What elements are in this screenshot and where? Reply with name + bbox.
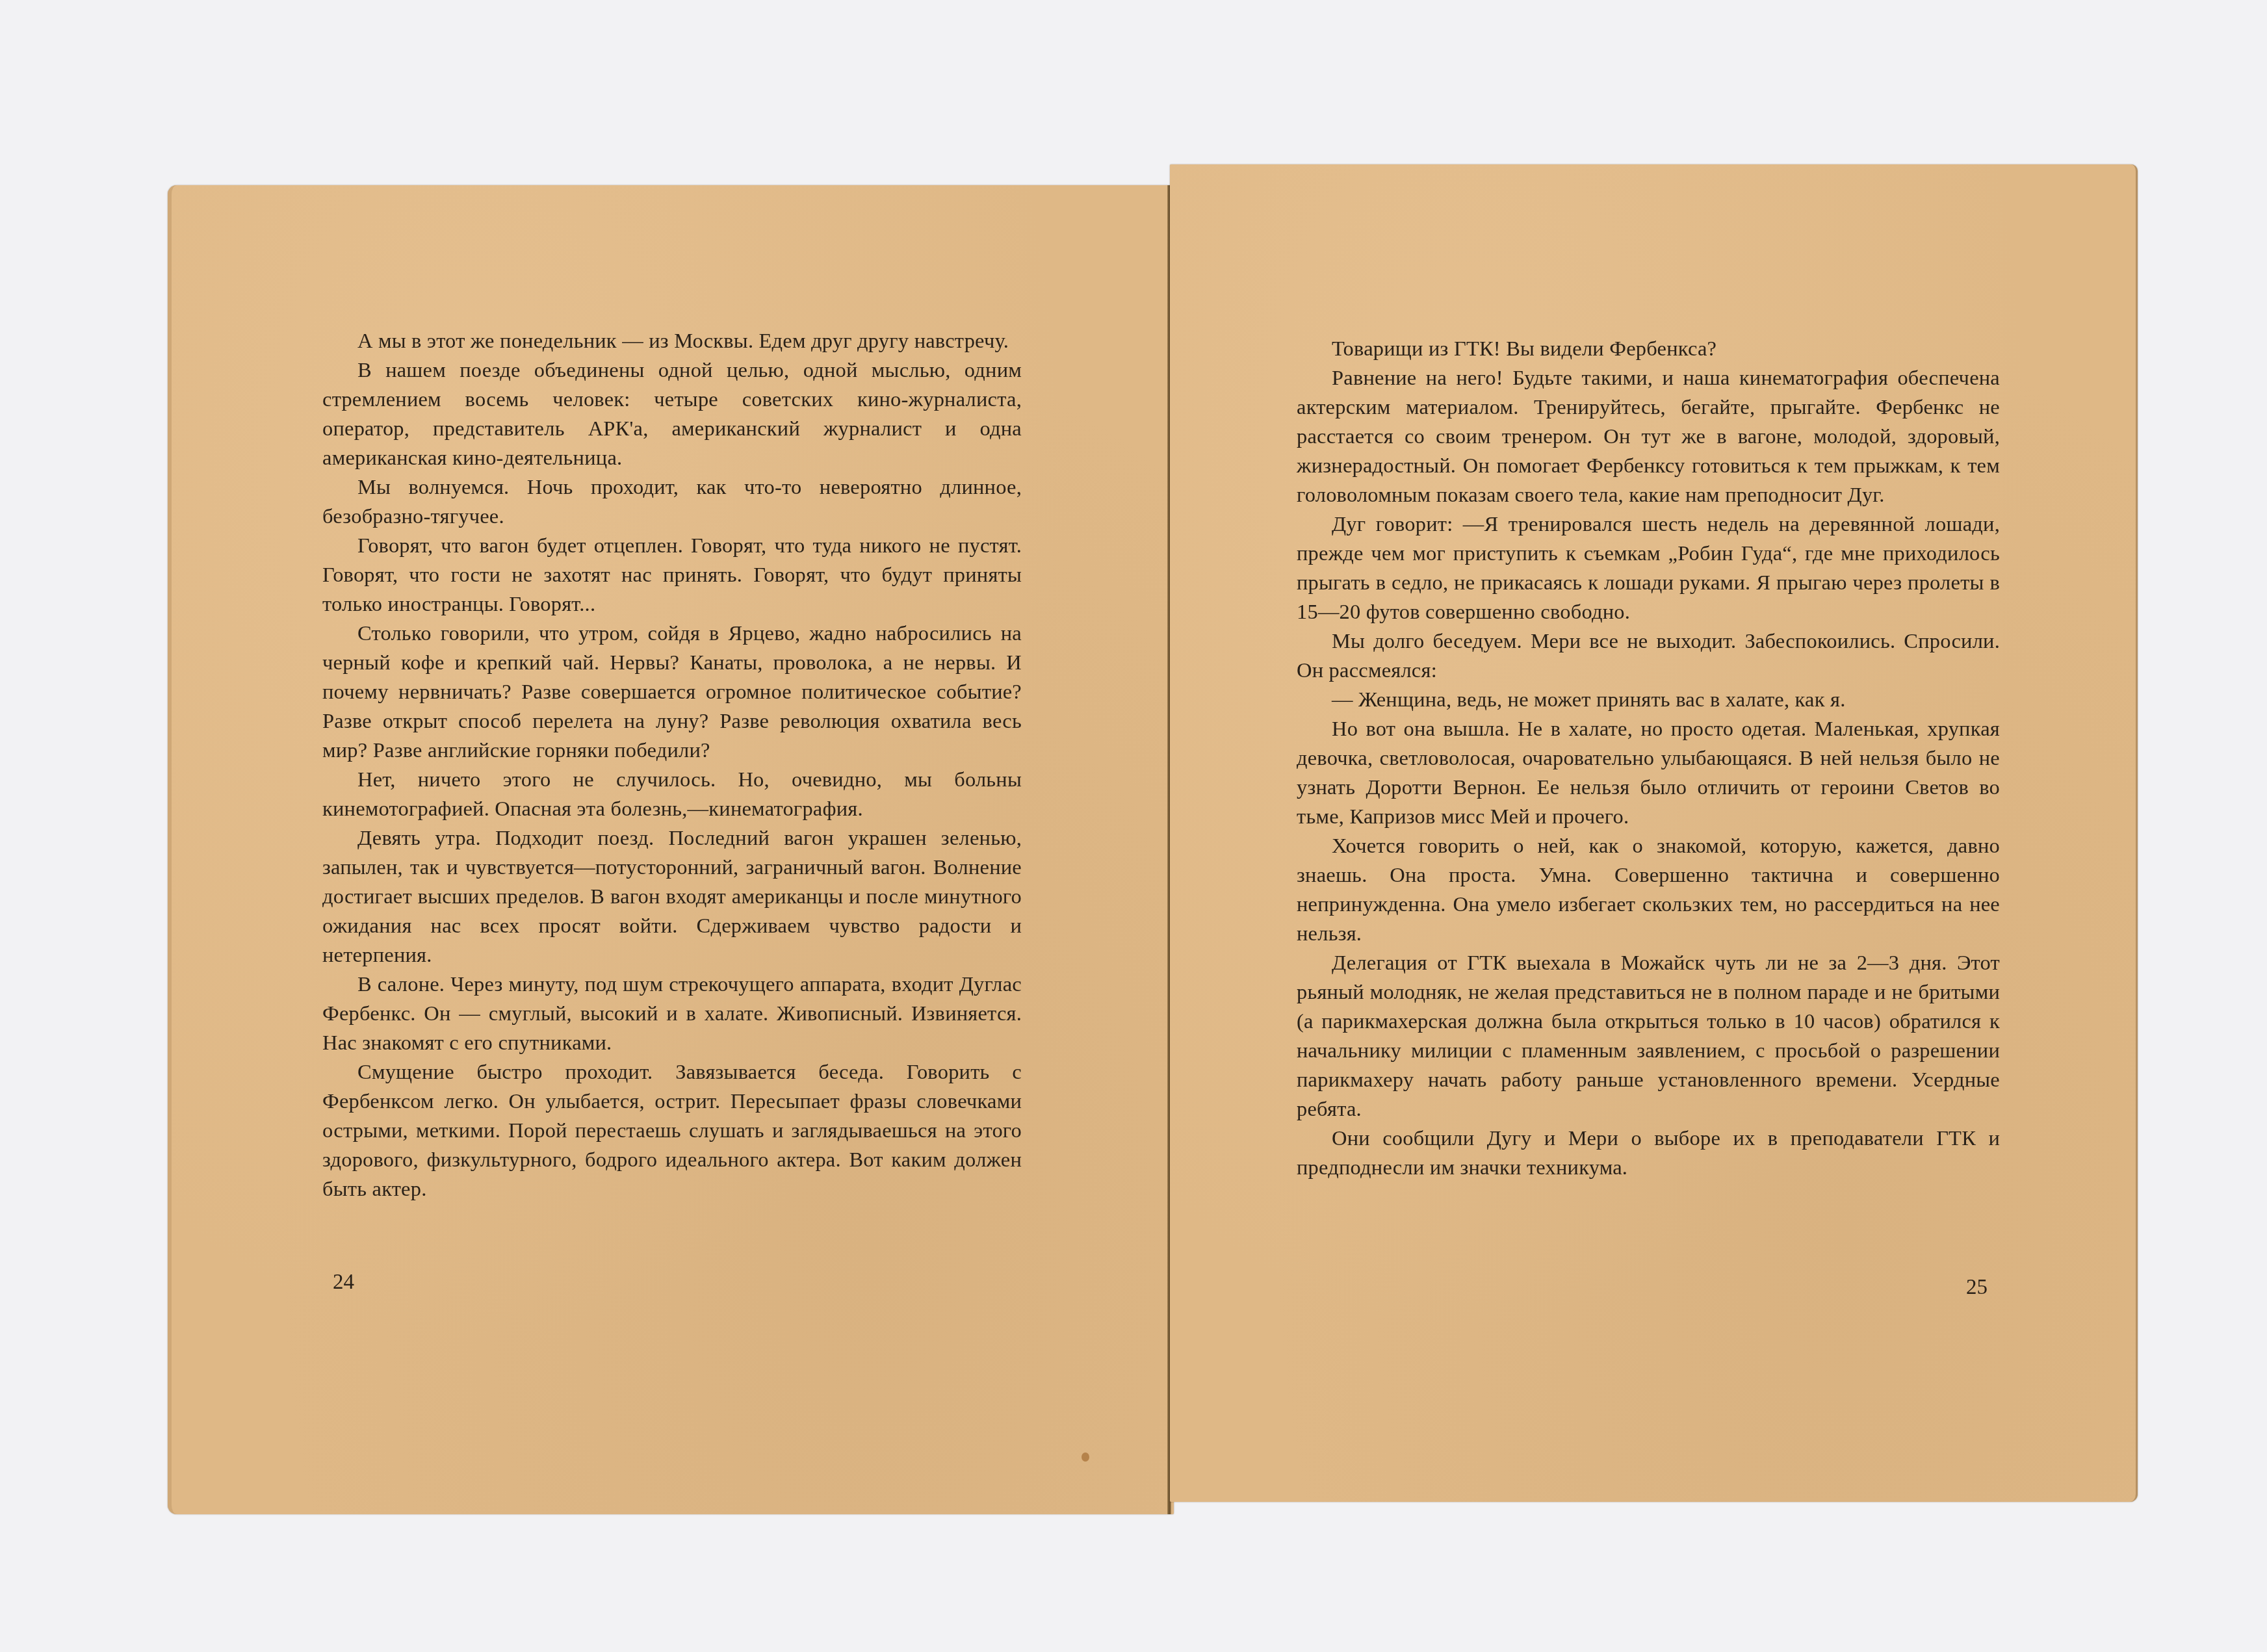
paragraph: Говорят, что вагон будет отцеплен. Говор…: [322, 532, 1022, 619]
paragraph: Равнение на него! Будьте такими, и наша …: [1297, 364, 2000, 510]
paragraph: Хочется говорить о ней, как о знакомой, …: [1297, 832, 2000, 949]
paragraph: Смущение быстро проходит. Завязывается б…: [322, 1058, 1022, 1204]
page-number: 25: [1966, 1276, 1988, 1300]
paragraph: Делегация от ГТК выехала в Можайск чуть …: [1297, 949, 2000, 1124]
page-number: 24: [333, 1271, 354, 1295]
paragraph: Мы долго беседуем. Мери все не выходит. …: [1297, 627, 2000, 686]
paragraph: Они сообщили Дугу и Мери о выборе их в п…: [1297, 1124, 2000, 1183]
right-page-text: Товарищи из ГТК! Вы видели Фербенкса? Ра…: [1297, 335, 2000, 1183]
paragraph: А мы в этот же понедельник — из Москвы. …: [322, 327, 1022, 356]
left-page-text: А мы в этот же понедельник — из Москвы. …: [322, 327, 1022, 1204]
paragraph: Нет, ничето этого не случилось. Но, очев…: [322, 766, 1022, 824]
paragraph: Столько говорили, что утром, сойдя в Ярц…: [322, 619, 1022, 766]
paragraph: Но вот она вышла. Не в халате, но просто…: [1297, 715, 2000, 832]
paragraph: Дуг говорит: —Я тренировался шесть недел…: [1297, 510, 2000, 627]
paper-stain: [1082, 1452, 1089, 1462]
paragraph: В нашем поезде объединены одной целью, о…: [322, 356, 1022, 473]
paragraph: В салоне. Через минуту, под шум стрекочу…: [322, 970, 1022, 1058]
paragraph: Девять утра. Подходит поезд. Последний в…: [322, 824, 1022, 970]
paragraph: Мы волнуемся. Ночь проходит, как что-то …: [322, 473, 1022, 532]
right-page: Товарищи из ГТК! Вы видели Фербенкса? Ра…: [1170, 164, 2138, 1502]
paragraph: — Женщина, ведь, не может принять вас в …: [1297, 686, 2000, 715]
paragraph: Товарищи из ГТК! Вы видели Фербенкса?: [1297, 335, 2000, 364]
left-page: А мы в этот же понедельник — из Москвы. …: [168, 185, 1174, 1514]
